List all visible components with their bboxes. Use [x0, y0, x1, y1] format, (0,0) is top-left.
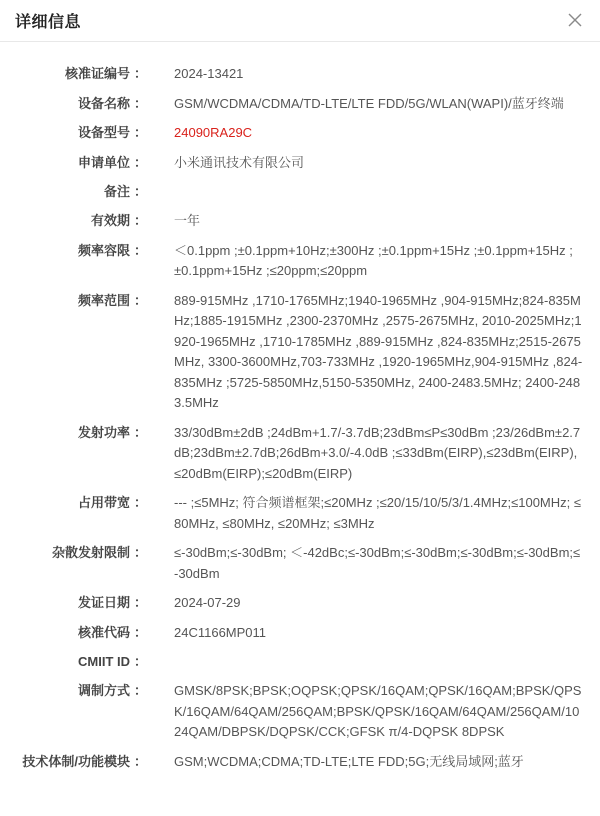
field-spurious-emission: 杂散发射限制： ≤-30dBm;≤-30dBm; ＜-42dBc;≤-30dBm…	[0, 543, 600, 584]
field-label: 备注	[104, 184, 130, 199]
field-approval-code: 核准代码： 24C1166MP011	[0, 623, 600, 644]
field-label: 申请单位	[78, 155, 130, 170]
field-label: 设备名称	[78, 96, 130, 111]
field-transmit-power: 发射功率： 33/30dBm±2dB ;24dBm+1.7/-3.7dB;23d…	[0, 423, 600, 485]
field-approval-number: 核准证编号： 2024-13421	[0, 64, 600, 85]
dialog-header: 详细信息	[0, 0, 600, 42]
field-value: GSM/WCDMA/CDMA/TD-LTE/LTE FDD/5G/WLAN(WA…	[174, 94, 584, 115]
field-label: CMIIT ID	[78, 654, 130, 669]
field-label: 技术体制/功能模块	[22, 754, 130, 769]
field-label: 频率容限	[78, 243, 130, 258]
field-label: 设备型号	[78, 125, 130, 140]
close-icon	[568, 13, 582, 27]
field-label: 核准证编号	[65, 66, 130, 81]
field-value: 24C1166MP011	[174, 623, 584, 644]
field-value: ≤-30dBm;≤-30dBm; ＜-42dBc;≤-30dBm;≤-30dBm…	[174, 543, 584, 584]
close-button[interactable]	[568, 13, 584, 29]
field-value: 一年	[174, 211, 584, 232]
field-value: 小米通讯技术有限公司	[174, 153, 584, 174]
field-occupied-bandwidth: 占用带宽： --- ;≤5MHz; 符合频谱框架;≤20MHz ;≤20/15/…	[0, 493, 600, 534]
field-technology-modules: 技术体制/功能模块： GSM;WCDMA;CDMA;TD-LTE;LTE FDD…	[0, 752, 600, 773]
field-applicant: 申请单位： 小米通讯技术有限公司	[0, 153, 600, 174]
field-label: 调制方式	[78, 683, 130, 698]
field-validity: 有效期： 一年	[0, 211, 600, 232]
field-device-name: 设备名称： GSM/WCDMA/CDMA/TD-LTE/LTE FDD/5G/W…	[0, 94, 600, 115]
field-value: ＜0.1ppm ;±0.1ppm+10Hz;±300Hz ;±0.1ppm+15…	[174, 241, 584, 282]
dialog-title: 详细信息	[15, 9, 81, 32]
field-frequency-tolerance: 频率容限： ＜0.1ppm ;±0.1ppm+10Hz;±300Hz ;±0.1…	[0, 241, 600, 282]
field-label: 核准代码	[78, 625, 130, 640]
field-issue-date: 发证日期： 2024-07-29	[0, 593, 600, 614]
field-label: 发射功率	[78, 425, 130, 440]
field-value: 2024-07-29	[174, 593, 584, 614]
field-label: 有效期	[91, 213, 130, 228]
field-label: 占用带宽	[78, 495, 130, 510]
field-value: 889-915MHz ,1710-1765MHz;1940-1965MHz ,9…	[174, 291, 584, 414]
detail-dialog: 详细信息 核准证编号： 2024-13421 设备名称： GSM/WCDMA/C…	[0, 0, 600, 816]
field-value: GMSK/8PSK;BPSK;OQPSK;QPSK/16QAM;QPSK/16Q…	[174, 681, 584, 743]
field-value: 2024-13421	[174, 64, 584, 85]
detail-body: 核准证编号： 2024-13421 设备名称： GSM/WCDMA/CDMA/T…	[0, 42, 600, 772]
field-remarks: 备注：	[0, 182, 600, 202]
field-value-model: 24090RA29C	[174, 123, 584, 144]
field-label: 发证日期	[78, 595, 130, 610]
field-value: GSM;WCDMA;CDMA;TD-LTE;LTE FDD;5G;无线局域网;蓝…	[174, 752, 584, 773]
field-cmiit-id: CMIIT ID：	[0, 652, 600, 672]
field-device-model: 设备型号： 24090RA29C	[0, 123, 600, 144]
field-modulation: 调制方式： GMSK/8PSK;BPSK;OQPSK;QPSK/16QAM;QP…	[0, 681, 600, 743]
field-value: 33/30dBm±2dB ;24dBm+1.7/-3.7dB;23dBm≤P≤3…	[174, 423, 584, 485]
field-frequency-range: 频率范围： 889-915MHz ,1710-1765MHz;1940-1965…	[0, 291, 600, 414]
field-label: 杂散发射限制	[52, 545, 130, 560]
field-value: --- ;≤5MHz; 符合频谱框架;≤20MHz ;≤20/15/10/5/3…	[174, 493, 584, 534]
field-label: 频率范围	[78, 293, 130, 308]
